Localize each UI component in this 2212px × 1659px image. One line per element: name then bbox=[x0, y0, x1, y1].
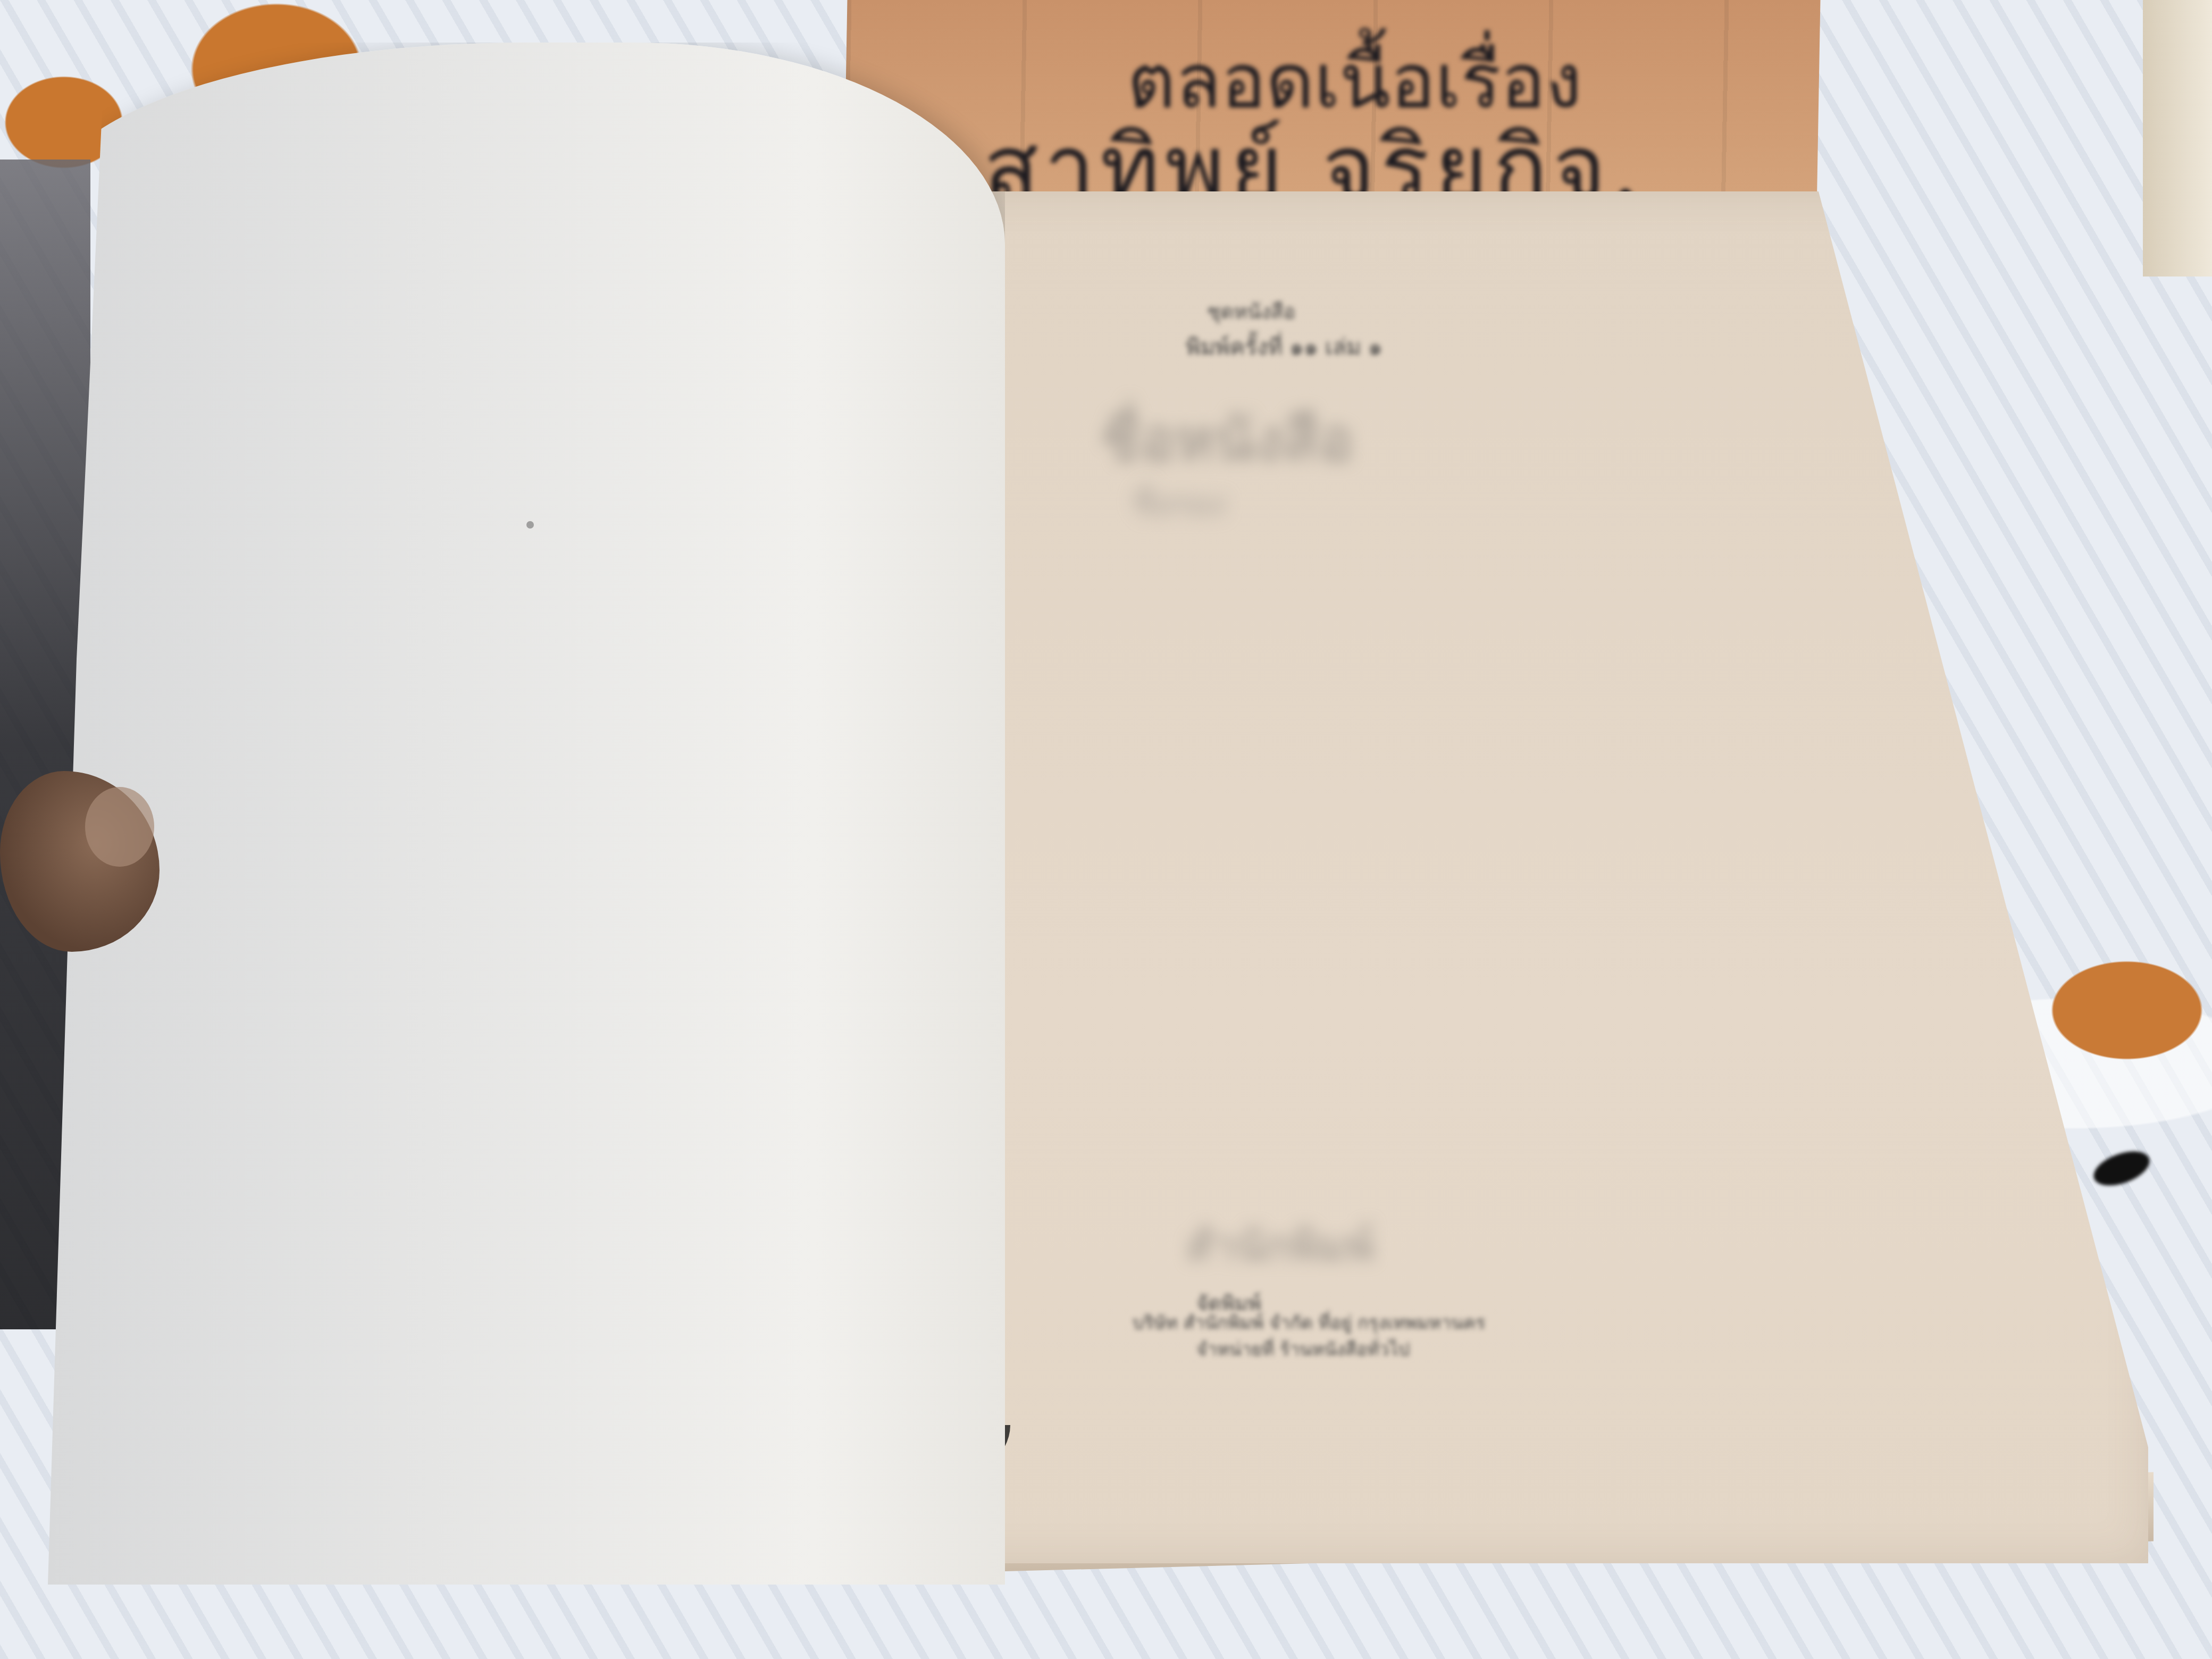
book-title: ชื่อหนังสือ bbox=[1101, 393, 1353, 486]
book-subtitle: ชื่อรอง bbox=[1133, 479, 1225, 529]
series-line: ชุดหนังสือ bbox=[1207, 295, 1295, 328]
imprint-line-1: บริษัท สำนักพิมพ์ จำกัด ที่อยู่ กรุงเทพม… bbox=[1133, 1308, 1485, 1337]
thumbnail bbox=[85, 787, 154, 867]
edition-line: พิมพ์ครั้งที่ ๑๑ เล่ม ๑ bbox=[1186, 330, 1382, 365]
paper-speck bbox=[526, 521, 534, 529]
imprint-line-2: จำหน่ายที่ ร้านหนังสือทั่วไป bbox=[1196, 1335, 1410, 1363]
table-edge bbox=[2143, 0, 2212, 276]
blank-left-page bbox=[48, 43, 1005, 1585]
publisher-mark: สำนักพิมพ์ bbox=[1186, 1212, 1375, 1280]
